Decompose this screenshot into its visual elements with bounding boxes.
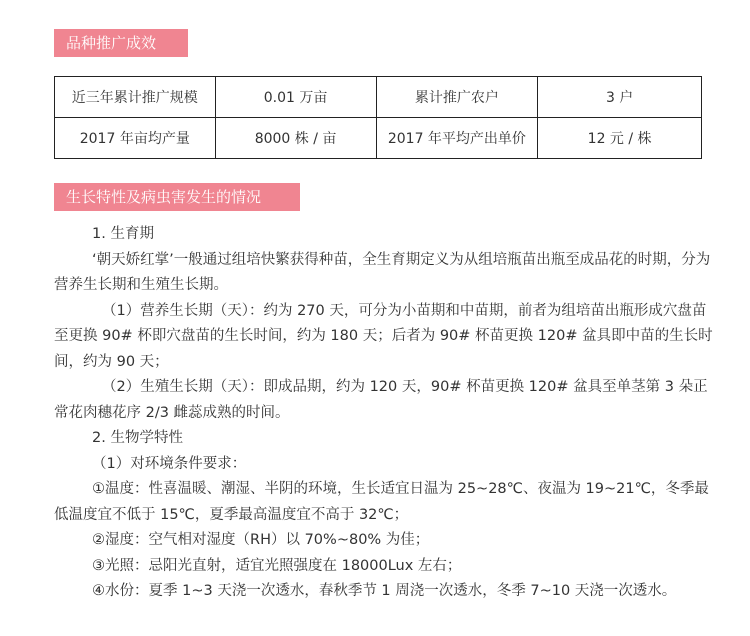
paragraph: ①温度：性喜温暖、潮湿、半阴的环境，生长适宜日温为 25~28℃、夜温为 19~… bbox=[54, 477, 714, 528]
paragraph: ③光照：忌阳光直射，适宜光照强度在 18000Lux 左右； bbox=[54, 554, 714, 580]
table-row: 2017 年亩均产量 8000 株 / 亩 2017 年平均产出单价 12 元 … bbox=[55, 118, 702, 159]
growth-body-text: 1. 生育期 ‘朝天娇红掌’一般通过组培快繁获得种苗，全生育期定义为从组培瓶苗出… bbox=[54, 222, 714, 605]
table-cell-value: 12 元 / 株 bbox=[538, 118, 702, 159]
table-cell-value: 3 户 bbox=[538, 77, 702, 118]
heading-biology: 2. 生物学特性 bbox=[54, 426, 714, 452]
table-cell-label: 近三年累计推广规模 bbox=[55, 77, 216, 118]
table-cell-label: 2017 年亩均产量 bbox=[55, 118, 216, 159]
paragraph: ②湿度：空气相对湿度（RH）以 70%~80% 为佳； bbox=[54, 528, 714, 554]
section-title-promotion: 品种推广成效 bbox=[54, 29, 188, 57]
table-cell-value: 0.01 万亩 bbox=[215, 77, 376, 118]
paragraph: （1）对环境条件要求： bbox=[54, 452, 714, 478]
section-title-growth: 生长特性及病虫害发生的情况 bbox=[54, 183, 300, 211]
table-row: 近三年累计推广规模 0.01 万亩 累计推广农户 3 户 bbox=[55, 77, 702, 118]
paragraph: ④水份：夏季 1~3 天浇一次透水，春秋季节 1 周浇一次透水，冬季 7~10 … bbox=[54, 579, 714, 605]
table-cell-label: 2017 年平均产出单价 bbox=[376, 118, 538, 159]
promotion-stats-table: 近三年累计推广规模 0.01 万亩 累计推广农户 3 户 2017 年亩均产量 … bbox=[54, 76, 702, 159]
table-cell-value: 8000 株 / 亩 bbox=[215, 118, 376, 159]
table-cell-label: 累计推广农户 bbox=[376, 77, 538, 118]
paragraph: ‘朝天娇红掌’一般通过组培快繁获得种苗，全生育期定义为从组培瓶苗出瓶至成品花的时… bbox=[54, 248, 714, 299]
paragraph: （2）生殖生长期（天）：即成品期，约为 120 天，90# 杯苗更换 120# … bbox=[54, 375, 714, 426]
heading-growth-period: 1. 生育期 bbox=[54, 222, 714, 248]
paragraph: （1）营养生长期（天）：约为 270 天，可分为小苗期和中苗期，前者为组培苗出瓶… bbox=[54, 299, 714, 376]
